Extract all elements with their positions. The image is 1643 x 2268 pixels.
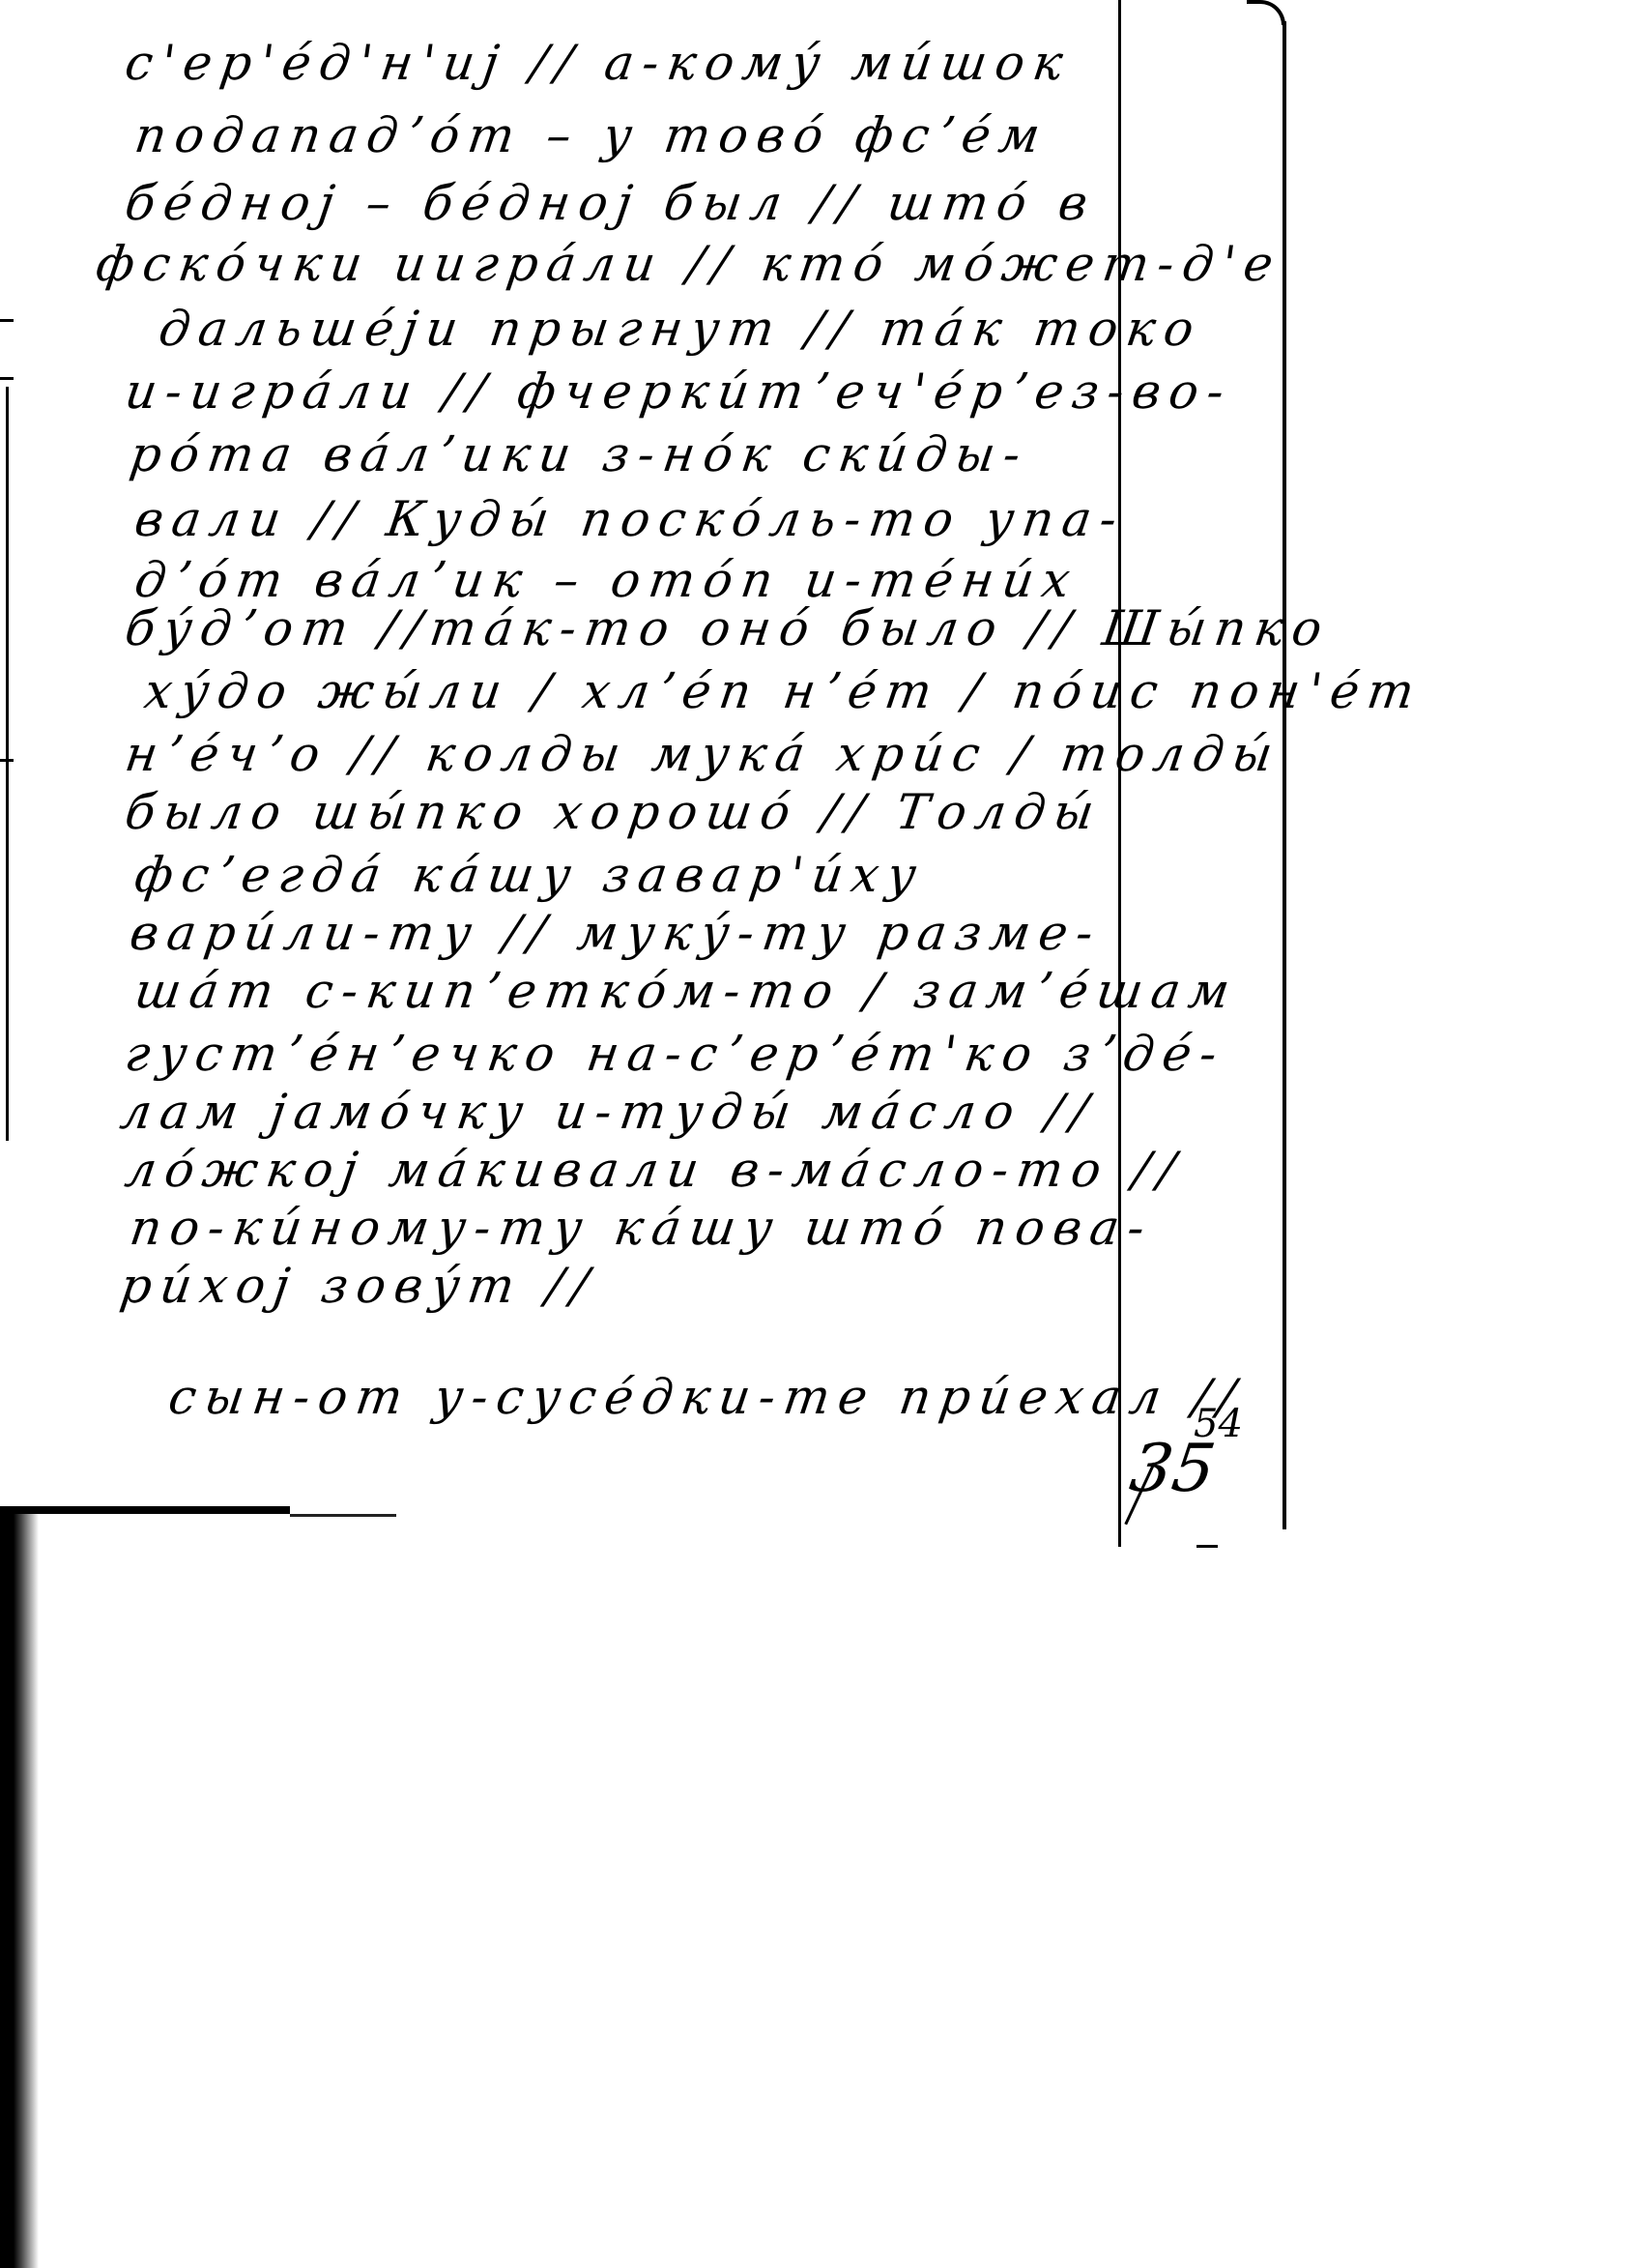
text-line: густʼе́нʼечко на-сʼерʼе́т'ко зʼде́- — [122, 1030, 1228, 1078]
text-line: дальше́jи прыгнут // та́к токо — [156, 305, 1205, 353]
page-border-corner — [1247, 0, 1285, 25]
binding-mark — [0, 759, 14, 762]
text-line: ша́т с-кипʼетко́м-то / замʼе́шам — [131, 967, 1241, 1015]
scan-edge-line — [0, 1506, 290, 1514]
binding-edge — [6, 387, 9, 1141]
text-line: вали // Куды́ поско́ль-то упа- — [131, 495, 1128, 543]
margin-dash — [1196, 1545, 1218, 1548]
text-line: с'ер'е́д'н'иj // а-кому́ ми́шок — [122, 39, 1074, 87]
text-line: дʼо́т ва́лʼик – ото́п и-те́ни́х — [131, 556, 1081, 604]
text-line: вари́ли-ту // муку́-ту разме- — [127, 909, 1105, 957]
scan-shadow — [0, 1514, 8, 2268]
text-line: нʼе́чʼо // колды мука́ хри́с / толды́ — [122, 730, 1283, 778]
text-line: лам jамо́чку и-туды́ ма́сло // — [117, 1088, 1099, 1136]
text-line: ро́та ва́лʼики з-но́к ски́ды- — [127, 430, 1031, 479]
text-line: ху́до жы́ли / хлʼе́п нʼе́т / по́ис пон'е… — [141, 667, 1426, 715]
text-line: ри́хоj зову́т // — [117, 1262, 599, 1310]
text-line: подападʼо́т – у тово́ фсʼе́м — [131, 111, 1051, 160]
text-line: бу́дʼот //та́к-то оно́ было // Шы́пко — [122, 604, 1333, 653]
scan-edge-line — [290, 1514, 396, 1517]
text-line: сын-от у-сусе́дки-те при́ехал // — [165, 1373, 1246, 1421]
text-line: фско́чки иигра́ли // кто́ мо́жет-д'е — [93, 240, 1284, 288]
text-line: ло́жкоj ма́кивали в-ма́сло-то // — [122, 1146, 1187, 1194]
text-line: бе́дноj – бе́дноj был // што́ в — [122, 179, 1099, 227]
text-line: по-ки́ному-ту ка́шу што́ пова- — [127, 1204, 1156, 1252]
text-line: фсʼегда́ ка́шу завар'и́ху — [131, 851, 927, 899]
text-line: и-игра́ли // фчерки́тʼеч'е́рʼез-во- — [122, 367, 1235, 416]
binding-mark — [0, 319, 14, 322]
text-line: было шы́пко хорошо́ // Толды́ — [122, 788, 1105, 836]
manuscript-page: с'ер'е́д'н'иj // а-кому́ ми́шок подападʼ… — [0, 0, 1643, 2268]
page-number: 54 — [1194, 1402, 1243, 1446]
binding-mark — [0, 377, 14, 380]
